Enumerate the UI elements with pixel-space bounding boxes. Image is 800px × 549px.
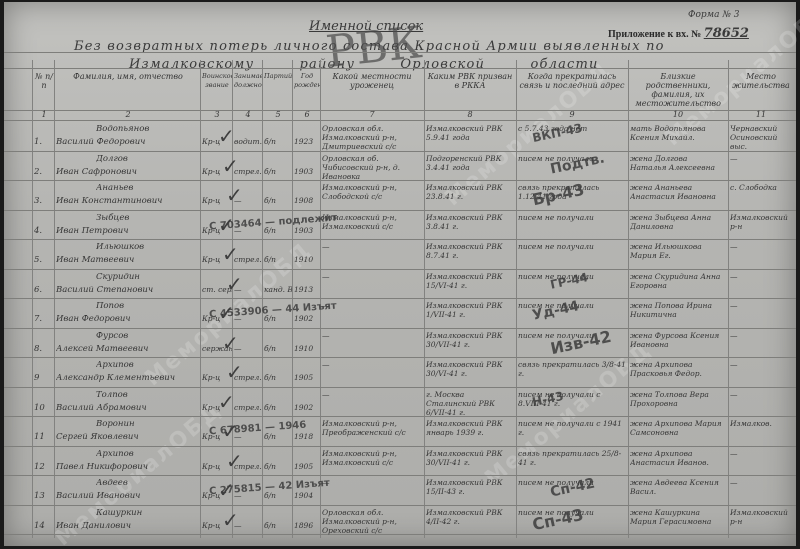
- cell-n: 4.: [34, 226, 54, 236]
- cell-residence: —: [730, 478, 792, 505]
- check-mark-icon: ✓: [222, 331, 239, 355]
- cell-year: 1902: [294, 403, 320, 413]
- cell-rvk: Измалковский РВК 15/VI-41 г.: [426, 272, 514, 299]
- column-header-label: Год рождения: [294, 72, 320, 90]
- check-mark-icon: ✓: [226, 360, 243, 384]
- cell-relatives: мать Водопьянова Ксения Михайл.: [630, 124, 726, 151]
- surname: Толпов: [96, 390, 200, 400]
- cell-residence: с. Слободка: [730, 183, 792, 210]
- cell-party: б/п: [264, 255, 292, 265]
- column-header-label: Партийность: [264, 72, 292, 81]
- column-header-label: Воинское звание: [202, 72, 232, 90]
- cell-year: 1896: [294, 521, 320, 531]
- rule: [4, 52, 796, 53]
- surname: Архипов: [96, 360, 200, 370]
- column-number: 7: [322, 110, 422, 120]
- surname: Попов: [96, 301, 200, 311]
- cell-residence: Измалковский р-н: [730, 213, 792, 240]
- cell-rvk: Подгоренский РВК 3.4.41 года: [426, 154, 514, 181]
- cell-relatives: жена Архипова Мария Самсоновна: [630, 419, 726, 446]
- cell-rvk: Измалковский РВК 5.9.41 года: [426, 124, 514, 151]
- cell-year: 1905: [294, 373, 320, 383]
- cell-residence: —: [730, 449, 792, 476]
- cell-name: Александр Клементьевич: [56, 373, 200, 383]
- column-number: 5: [264, 110, 292, 120]
- cell-year: 1923: [294, 137, 320, 147]
- cell-residence: —: [730, 390, 792, 417]
- cell-year: 1904: [294, 491, 320, 501]
- cell-name: Василий Абрамович: [56, 403, 200, 413]
- attachment-number: 78652: [704, 26, 749, 41]
- column-header-label: Какой местности уроженец: [322, 72, 422, 90]
- cell-name: Иван Данилович: [56, 521, 200, 531]
- surname: Скуридин: [96, 272, 200, 282]
- column-divider: [516, 60, 517, 538]
- cell-rvk: Измалковский РВК 30/VII-41 г.: [426, 449, 514, 476]
- cell-origin: Орловская обл. Измалковский р-н, Ореховс…: [322, 508, 422, 535]
- cell-rvk: Измалковский РВК январь 1939 г.: [426, 419, 514, 446]
- cell-residence: —: [730, 360, 792, 387]
- cell-year: 1910: [294, 255, 320, 265]
- column-number: 6: [294, 110, 320, 120]
- cell-rvk: Измалковский РВК 4/II-42 г.: [426, 508, 514, 535]
- column-header-label: № п/п: [34, 72, 54, 90]
- cell-relatives: жена Архипова Прасковья Федор.: [630, 360, 726, 387]
- column-header-label: Место жительства: [730, 72, 792, 90]
- cell-year: 1913: [294, 285, 320, 295]
- cell-name: Василий Иванович: [56, 491, 200, 501]
- cell-n: 12: [34, 462, 54, 472]
- cell-name: Василий Федорович: [56, 137, 200, 147]
- cell-year: 1908: [294, 196, 320, 206]
- surname: Ильюшков: [96, 242, 200, 252]
- cell-name: Павел Никифорович: [56, 462, 200, 472]
- cell-party: б/п: [264, 373, 292, 383]
- cell-lastcontact: связь прекратилась 3/8-41 г.: [518, 360, 626, 387]
- surname: Авдеев: [96, 478, 200, 488]
- cell-lastcontact: писем не получали с 1941 г.: [518, 419, 626, 446]
- cell-relatives: жена Ильюшкова Мария Ег.: [630, 242, 726, 269]
- cell-n: 8.: [34, 344, 54, 354]
- cell-n: 5.: [34, 255, 54, 265]
- cell-n: 9: [34, 373, 54, 383]
- cell-name: Иван Константинович: [56, 196, 200, 206]
- cell-relatives: жена Авдеева Ксения Васил.: [630, 478, 726, 505]
- cell-residence: Измалковский р-н: [730, 508, 792, 535]
- cell-origin: —: [322, 331, 422, 358]
- column-divider: [200, 60, 201, 538]
- check-mark-icon: ✓: [226, 272, 243, 296]
- cell-relatives: жена Скуридина Анна Егоровна: [630, 272, 726, 299]
- cell-name: Иван Сафронович: [56, 167, 200, 177]
- cell-year: 1918: [294, 432, 320, 442]
- cell-origin: Орловская об. Чибисовский р-н, д. Иванов…: [322, 154, 422, 181]
- cell-relatives: жена Фурсова Ксения Ивановна: [630, 331, 726, 358]
- cell-origin: Измалковский р-н, Измалковский с/с: [322, 449, 422, 476]
- surname: Ананьев: [96, 183, 200, 193]
- cell-rvk: Измалковский РВК 8.7.41 г.: [426, 242, 514, 269]
- cell-party: б/п: [264, 137, 292, 147]
- cell-relatives: жена Ананьева Анастасия Ивановна: [630, 183, 726, 210]
- cell-rvk: Измалковский РВК 1/VII-41 г.: [426, 301, 514, 328]
- surname: Воронин: [96, 419, 200, 429]
- cell-name: Сергей Яковлевич: [56, 432, 200, 442]
- cell-lastcontact: писем не получали: [518, 242, 626, 269]
- cell-residence: Чернавский Осиновский выс.: [730, 124, 792, 151]
- column-divider: [292, 60, 293, 538]
- check-mark-icon: ✓: [222, 508, 239, 532]
- cell-residence: —: [730, 242, 792, 269]
- cell-relatives: жена Архипова Анастасия Иванов.: [630, 449, 726, 476]
- cell-party: б/п: [264, 403, 292, 413]
- column-header-label: Близкие родственники, фамилия, их местож…: [630, 72, 726, 108]
- column-header-label: Занимаемая должность: [234, 72, 262, 90]
- cell-n: 6.: [34, 285, 54, 295]
- cell-residence: Измалков.: [730, 419, 792, 446]
- cell-rvk: Измалковский РВК 30/VII-41 г.: [426, 331, 514, 358]
- cell-origin: —: [322, 390, 422, 417]
- check-mark-icon: ✓: [218, 390, 235, 414]
- cell-origin: Орловская обл. Измалковский р-н, Дмитрие…: [322, 124, 422, 151]
- cell-n: 3.: [34, 196, 54, 206]
- cell-origin: Измалковский р-н, Слободской с/с: [322, 183, 422, 210]
- check-mark-icon: ✓: [222, 154, 239, 178]
- cell-n: 10: [34, 403, 54, 413]
- column-number: 9: [518, 110, 626, 120]
- cell-year: 1910: [294, 344, 320, 354]
- cell-residence: —: [730, 154, 792, 181]
- cell-party: б/п: [264, 167, 292, 177]
- cell-name: Иван Петрович: [56, 226, 200, 236]
- rule: [4, 120, 796, 121]
- cell-post: водит.: [234, 137, 262, 147]
- cell-year: 1902: [294, 314, 320, 324]
- cell-year: 1903: [294, 167, 320, 177]
- cell-party: б/п: [264, 432, 292, 442]
- cell-n: 11: [34, 432, 54, 442]
- cell-party: б/п: [264, 462, 292, 472]
- cell-residence: —: [730, 301, 792, 328]
- cell-name: Василий Степанович: [56, 285, 200, 295]
- column-divider: [54, 60, 55, 538]
- cell-post: стрел.: [234, 403, 262, 413]
- cell-name: Иван Матвеевич: [56, 255, 200, 265]
- column-divider: [424, 60, 425, 538]
- column-header-label: Когда прекратилась связь и последний адр…: [518, 72, 626, 90]
- surname: Водопьянов: [96, 124, 200, 134]
- cell-party: б/п: [264, 344, 292, 354]
- column-number: 1: [34, 110, 54, 120]
- cell-rvk: Измалковский РВК 23.8.41 г.: [426, 183, 514, 210]
- cell-n: 14: [34, 521, 54, 531]
- column-number: 4: [234, 110, 262, 120]
- column-number: 11: [730, 110, 792, 120]
- check-mark-icon: ✓: [222, 242, 239, 266]
- cell-relatives: жена Зыбцева Анна Даниловна: [630, 213, 726, 240]
- cell-origin: —: [322, 301, 422, 328]
- check-mark-icon: ✓: [218, 124, 235, 148]
- document-sheet: МемориалОБД МемориалОБД МемориалОБД Мемо…: [4, 2, 796, 546]
- column-divider: [728, 60, 729, 538]
- rule: [4, 68, 796, 69]
- cell-party: б/п: [264, 521, 292, 531]
- cell-name: Алексей Матвеевич: [56, 344, 200, 354]
- column-number: 10: [630, 110, 726, 120]
- cell-residence: —: [730, 331, 792, 358]
- column-divider: [628, 60, 629, 538]
- cell-n: 7.: [34, 314, 54, 324]
- column-divider: [32, 60, 33, 538]
- cell-n: 1.: [34, 137, 54, 147]
- column-number: 3: [202, 110, 232, 120]
- check-mark-icon: ✓: [226, 183, 243, 207]
- cell-origin: —: [322, 242, 422, 269]
- column-number: 2: [56, 110, 200, 120]
- cell-n: 13: [34, 491, 54, 501]
- cell-rvk: г. Москва Сталинский РВК 6/VII-41 г.: [426, 390, 514, 417]
- column-header-label: Фамилия, имя, отчество: [56, 72, 200, 81]
- cell-party: канд. ВКП(б): [264, 285, 292, 295]
- cell-lastcontact: писем не получали: [518, 213, 626, 240]
- cell-year: 1905: [294, 462, 320, 472]
- check-mark-icon: ✓: [226, 449, 243, 473]
- cell-n: 2.: [34, 167, 54, 177]
- form-label: Форма № 3: [688, 10, 739, 20]
- cell-relatives: жена Толпова Вера Прохоровна: [630, 390, 726, 417]
- cell-origin: —: [322, 360, 422, 387]
- column-divider: [262, 60, 263, 538]
- column-number: 8: [426, 110, 514, 120]
- surname: Архипов: [96, 449, 200, 459]
- cell-origin: Измалковский р-н, Преображенский с/с: [322, 419, 422, 446]
- cell-rvk: Измалковский РВК 15/II-43 г.: [426, 478, 514, 505]
- cell-relatives: жена Долгова Наталья Алексеевна: [630, 154, 726, 181]
- cell-rvk: Измалковский РВК 3.8.41 г.: [426, 213, 514, 240]
- column-header-label: Каким РВК призван в РККА: [426, 72, 514, 90]
- cell-year: 1903: [294, 226, 320, 236]
- cell-lastcontact: связь прекратилась 25/8-41 г.: [518, 449, 626, 476]
- cell-relatives: жена Кашуркина Мария Герасимовна: [630, 508, 726, 535]
- column-divider: [320, 60, 321, 538]
- surname: Кашуркин: [96, 508, 200, 518]
- cell-origin: —: [322, 478, 422, 505]
- cell-name: Иван Федорович: [56, 314, 200, 324]
- cell-relatives: жена Попова Ирина Никитична: [630, 301, 726, 328]
- surname: Фурсов: [96, 331, 200, 341]
- cell-origin: —: [322, 272, 422, 299]
- surname: Долгов: [96, 154, 200, 164]
- cell-party: б/п: [264, 196, 292, 206]
- cell-rvk: Измалковский РВК 30/VI-41 г.: [426, 360, 514, 387]
- surname: Зыбцев: [96, 213, 200, 223]
- cell-residence: —: [730, 272, 792, 299]
